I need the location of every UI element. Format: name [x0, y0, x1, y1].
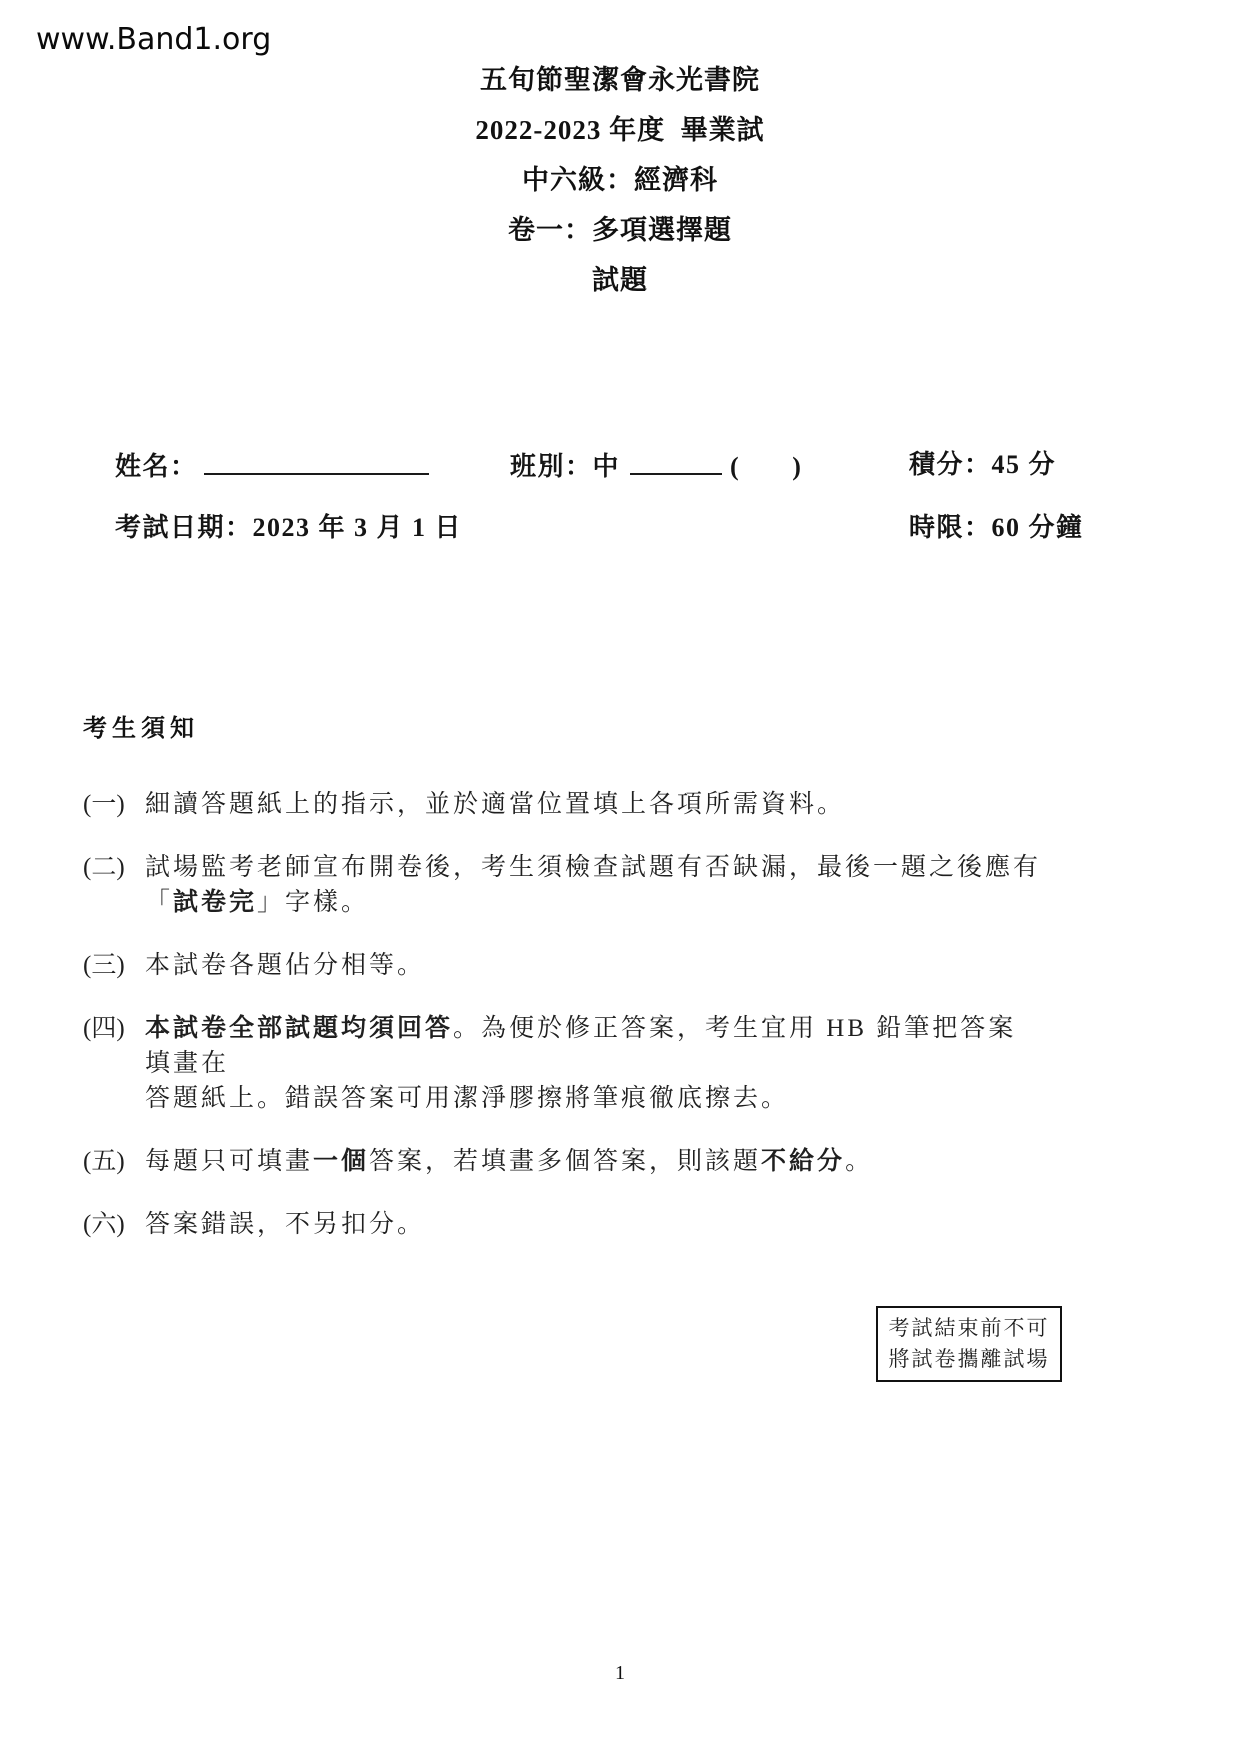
instruction-item-number: (五) [83, 1144, 125, 1179]
candidate-instructions: 考生須知 (一)細讀答題紙上的指示，並於適當位置填上各項所需資料。(二)試場監考… [83, 712, 1043, 1270]
instruction-item-number: (一) [83, 787, 125, 822]
class-blank-line [630, 445, 722, 475]
class-label: 班別：中 [510, 452, 620, 481]
instructions-list: (一)細讀答題紙上的指示，並於適當位置填上各項所需資料。(二)試場監考老師宣布開… [83, 787, 1043, 1242]
exam-cover-page: www.Band1.org 五旬節聖潔會永光書院 2022-2023 年度 畢業… [0, 0, 1240, 1754]
instruction-item: (四)本試卷全部試題均須回答。為便於修正答案，考生宜用 HB 鉛筆把答案填畫在答… [83, 1011, 1043, 1116]
warning-line-1: 考試結束前不可 [887, 1313, 1051, 1344]
school-name: 五旬節聖潔會永光書院 [0, 55, 1240, 105]
instruction-item-text: 每題只可填畫一個答案，若填畫多個答案，則該題不給分。 [145, 1144, 1043, 1179]
exam-date-label: 考試日期：2023 年 3 月 1 日 [115, 513, 462, 542]
exam-year-line: 2022-2023 年度 畢業試 [0, 105, 1240, 155]
instruction-item-number: (三) [83, 948, 125, 983]
page-number: 1 [0, 1662, 1240, 1685]
warning-box: 考試結束前不可 將試卷攜離試場 [876, 1306, 1062, 1382]
instruction-item: (二)試場監考老師宣布開卷後，考生須檢查試題有否缺漏，最後一題之後應有「試卷完」… [83, 850, 1043, 920]
instruction-item: (三)本試卷各題佔分相等。 [83, 948, 1043, 983]
time-limit-field: 時限：60 分鐘 [877, 468, 1084, 588]
paper-title: 卷一：多項選擇題 [0, 205, 1240, 255]
exam-header: 五旬節聖潔會永光書院 2022-2023 年度 畢業試 中六級：經濟科 卷一：多… [0, 55, 1240, 305]
instruction-item-number: (二) [83, 850, 125, 885]
instructions-title: 考生須知 [83, 712, 1043, 747]
instruction-item-text: 細讀答題紙上的指示，並於適當位置填上各項所需資料。 [145, 787, 1043, 822]
class-field: 班別：中() [478, 405, 802, 527]
instruction-item-number: (四) [83, 1011, 125, 1046]
doc-type: 試題 [0, 255, 1240, 305]
instruction-item: (五)每題只可填畫一個答案，若填畫多個答案，則該題不給分。 [83, 1144, 1043, 1179]
time-limit-label: 時限：60 分鐘 [909, 513, 1084, 542]
instruction-item-text: 本試卷全部試題均須回答。為便於修正答案，考生宜用 HB 鉛筆把答案填畫在答題紙上… [145, 1011, 1043, 1116]
instruction-item-text: 本試卷各題佔分相等。 [145, 948, 1043, 983]
instruction-item-text: 試場監考老師宣布開卷後，考生須檢查試題有否缺漏，最後一題之後應有「試卷完」字樣。 [145, 850, 1043, 920]
class-paren-open: ( [730, 452, 740, 481]
exam-date-field: 考試日期：2023 年 3 月 1 日 [83, 468, 462, 588]
class-paren-close: ) [792, 452, 802, 481]
watermark-url: www.Band1.org [36, 22, 271, 57]
class-subject: 中六級：經濟科 [0, 155, 1240, 205]
instruction-item: (六)答案錯誤，不另扣分。 [83, 1207, 1043, 1242]
instruction-item: (一)細讀答題紙上的指示，並於適當位置填上各項所需資料。 [83, 787, 1043, 822]
warning-line-2: 將試卷攜離試場 [887, 1344, 1051, 1375]
instruction-item-text: 答案錯誤，不另扣分。 [145, 1207, 1043, 1242]
instruction-item-number: (六) [83, 1207, 125, 1242]
